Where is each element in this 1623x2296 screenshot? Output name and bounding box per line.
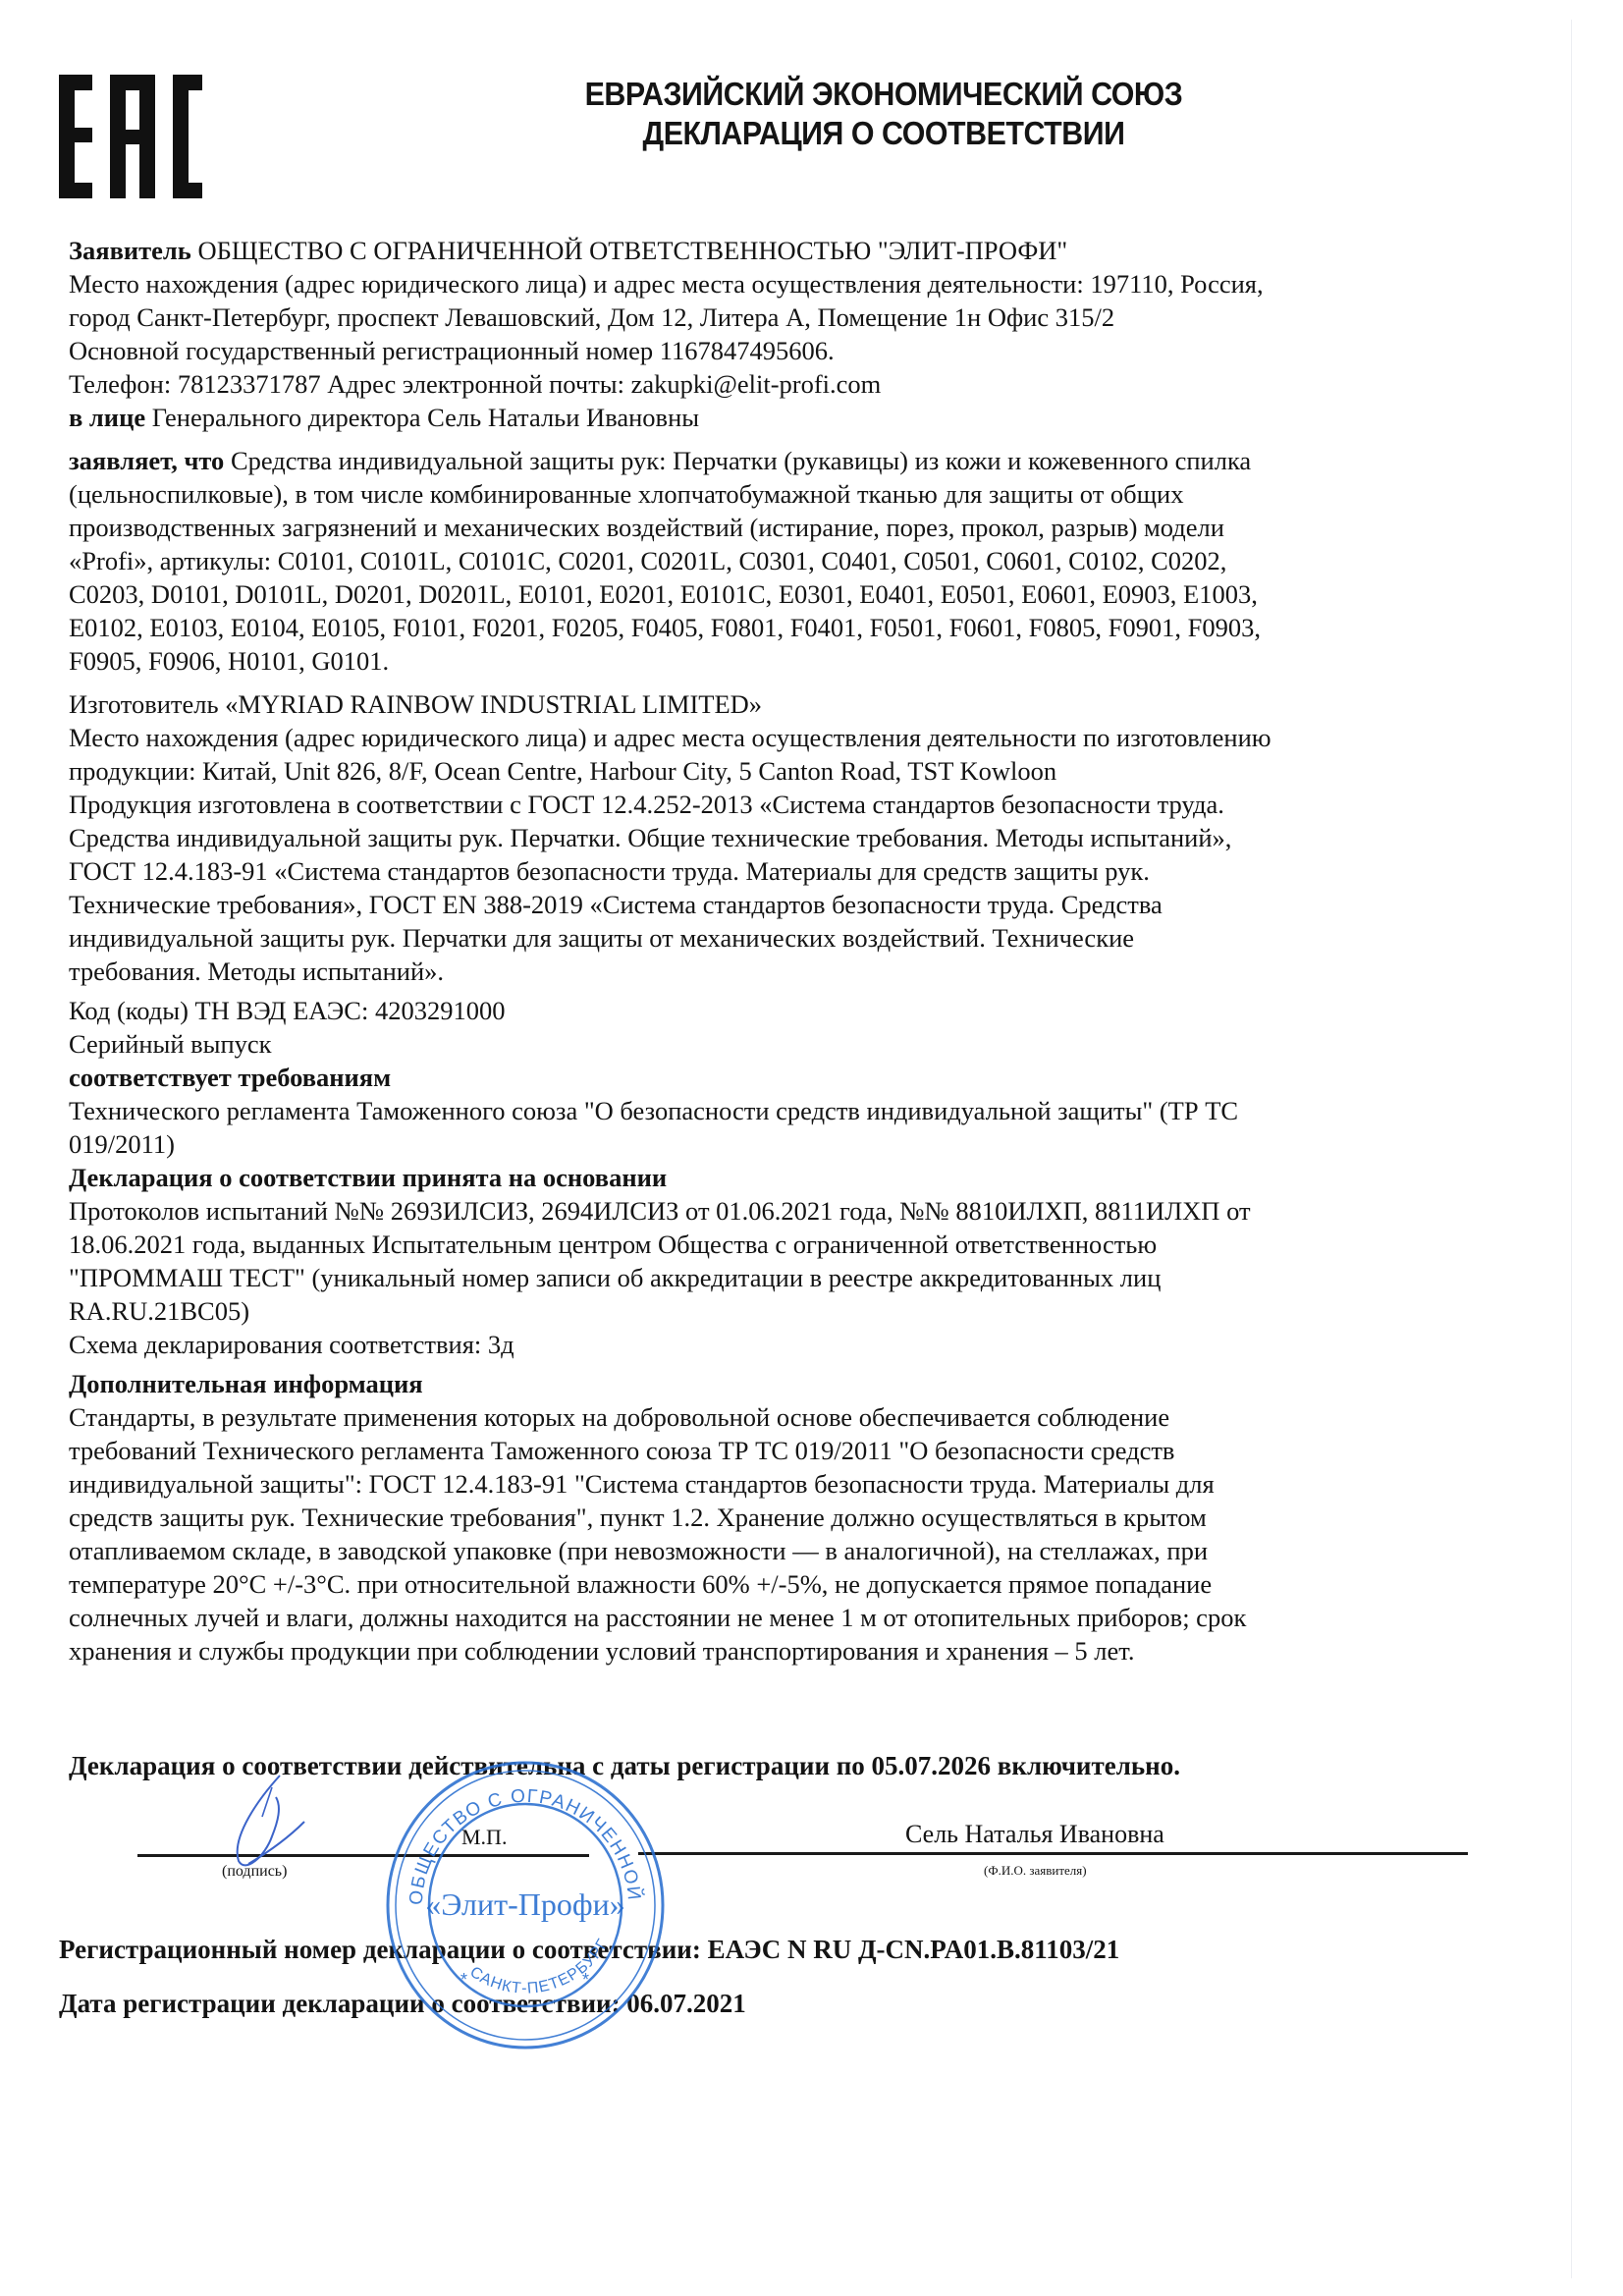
handwritten-signature-icon — [211, 1768, 329, 1876]
declares-line-0: заявляет, что Средства индивидуальной за… — [69, 444, 1483, 477]
tn-ved-code: Код (коды) ТН ВЭД ЕАЭС: 4203291000 — [69, 994, 1483, 1027]
declares-line: F0905, F0906, H0101, G0101. — [69, 644, 1483, 678]
declares-label: заявляет, что — [69, 446, 224, 475]
applicant-address-1: Место нахождения (адрес юридического лиц… — [69, 267, 1483, 301]
additional-line: требований Технического регламента Тамож… — [69, 1434, 1483, 1467]
additional-line: отапливаемом складе, в заводской упаковк… — [69, 1534, 1483, 1567]
additional-line: индивидуальной защиты": ГОСТ 12.4.183-91… — [69, 1467, 1483, 1501]
additional-line: хранения и службы продукции при соблюден… — [69, 1634, 1483, 1667]
name-line — [638, 1852, 1468, 1855]
declares-line: производственных загрязнений и механичес… — [69, 511, 1483, 544]
additional-label: Дополнительная информация — [69, 1367, 1483, 1400]
standards-line: требования. Методы испытаний». — [69, 955, 1483, 988]
conforms-line-1: Технического регламента Таможенного союз… — [69, 1094, 1483, 1127]
applicant-label: Заявитель — [69, 236, 191, 265]
basis-label: Декларация о соответствии принята на осн… — [69, 1161, 1483, 1194]
additional-line: температуре 20°С +/-3°С. при относительн… — [69, 1567, 1483, 1601]
declares-line: «Profi», артикулы: C0101, C0101L, C0101C… — [69, 544, 1483, 577]
rep-value: Генерального директора Сель Натальи Иван… — [152, 403, 699, 432]
basis-line: 18.06.2021 года, выданных Испытательным … — [69, 1228, 1483, 1261]
applicant-line: Заявитель ОБЩЕСТВО С ОГРАНИЧЕННОЙ ОТВЕТС… — [69, 234, 1483, 267]
eac-mark-icon — [57, 73, 204, 200]
additional-line: средств защиты рук. Технические требован… — [69, 1501, 1483, 1534]
rep-label: в лице — [69, 403, 145, 432]
manufacturer-line: Изготовитель «MYRIAD RAINBOW INDUSTRIAL … — [69, 687, 1483, 721]
additional-line: Стандарты, в результате применения котор… — [69, 1400, 1483, 1434]
basis-line: Протоколов испытаний №№ 2693ИЛСИЗ, 2694И… — [69, 1194, 1483, 1228]
standards-line: Средства индивидуальной защиты рук. Перч… — [69, 821, 1483, 854]
standards-line: индивидуальной защиты рук. Перчатки для … — [69, 921, 1483, 955]
declares-line: C0203, D0101, D0101L, D0201, D0201L, E01… — [69, 577, 1483, 611]
conforms-line-2: 019/2011) — [69, 1127, 1483, 1161]
union-title: ЕВРАЗИЙСКИЙ ЭКОНОМИЧЕСКИЙ СОЮЗ — [432, 75, 1335, 114]
release-type: Серийный выпуск — [69, 1027, 1483, 1061]
manufacturer-address-2: продукции: Китай, Unit 826, 8/F, Ocean C… — [69, 754, 1483, 788]
basis-line: RA.RU.21ВС05) — [69, 1294, 1483, 1328]
conforms-label: соответствует требованиям — [69, 1061, 1483, 1094]
declares-line: (цельноспилковые), в том числе комбиниро… — [69, 477, 1483, 511]
applicant-ogrn: Основной государственный регистрационный… — [69, 334, 1483, 367]
additional-line: солнечных лучей и влаги, должны находитс… — [69, 1601, 1483, 1634]
manufacturer-address-1: Место нахождения (адрес юридического лиц… — [69, 721, 1483, 754]
applicant-representative: в лице Генерального директора Сель Натал… — [69, 401, 1483, 434]
standards-line: Продукция изготовлена в соответствии с Г… — [69, 788, 1483, 821]
applicant-full-name: Сель Наталья Ивановна — [905, 1820, 1164, 1849]
applicant-contacts: Телефон: 78123371787 Адрес электронной п… — [69, 367, 1483, 401]
declaration-scheme: Схема декларирования соответствия: 3д — [69, 1328, 1483, 1361]
document-body: Заявитель ОБЩЕСТВО С ОГРАНИЧЕННОЙ ОТВЕТС… — [69, 234, 1483, 1667]
standards-line: ГОСТ 12.4.183-91 «Система стандартов без… — [69, 854, 1483, 888]
document-header: ЕВРАЗИЙСКИЙ ЭКОНОМИЧЕСКИЙ СОЮЗ ДЕКЛАРАЦИ… — [432, 75, 1335, 153]
declaration-page: ЕВРАЗИЙСКИЙ ЭКОНОМИЧЕСКИЙ СОЮЗ ДЕКЛАРАЦИ… — [0, 0, 1623, 2296]
page-edge — [1571, 20, 1572, 2278]
svg-text:САНКТ-ПЕТЕРБУРГ: САНКТ-ПЕТЕРБУРГ — [466, 1936, 612, 1997]
basis-line: "ПРОММАШ ТЕСТ" (уникальный номер записи … — [69, 1261, 1483, 1294]
company-seal-icon: ОБЩЕСТВО С ОГРАНИЧЕННОЙ ОТВЕТСТВЕННОСТЬЮ… — [378, 1758, 673, 2052]
svg-text:*: * — [582, 1970, 589, 1990]
applicant-name: ОБЩЕСТВО С ОГРАНИЧЕННОЙ ОТВЕТСТВЕННОСТЬЮ… — [197, 236, 1067, 265]
full-name-label: (Ф.И.О. заявителя) — [984, 1863, 1087, 1879]
svg-text:*: * — [460, 1970, 467, 1990]
applicant-address-2: город Санкт-Петербург, проспект Левашовс… — [69, 301, 1483, 334]
svg-text:«Элит-Профи»: «Элит-Профи» — [425, 1886, 624, 1922]
declares-line: E0102, E0103, E0104, E0105, F0101, F0201… — [69, 611, 1483, 644]
standards-line: Технические требования», ГОСТ EN 388-201… — [69, 888, 1483, 921]
declaration-title: ДЕКЛАРАЦИЯ О СООТВЕТСТВИИ — [432, 114, 1335, 153]
